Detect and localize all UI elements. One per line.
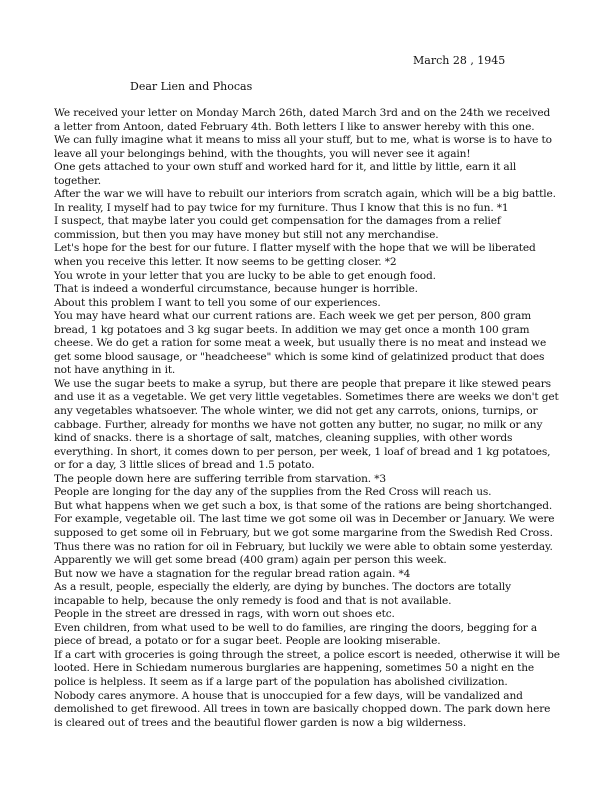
- body-line: is cleared out of trees and the beautifu…: [54, 717, 612, 731]
- body-line: We received your letter on Monday March …: [54, 107, 612, 121]
- body-line: bread, 1 kg potatoes and 3 kg sugar beet…: [54, 324, 612, 338]
- body-line: not have anything in it.: [54, 364, 612, 378]
- body-line: commission, but then you may have money …: [54, 229, 612, 243]
- body-line: We can fully imagine what it means to mi…: [54, 134, 612, 148]
- body-line: demolished to get firewood. All trees in…: [54, 703, 612, 717]
- body-line: supposed to get some oil in February, bu…: [54, 527, 612, 541]
- body-line: or for a day, 3 little slices of bread a…: [54, 459, 612, 473]
- body-line: kind of snacks. there is a shortage of s…: [54, 432, 612, 446]
- body-line: About this problem I want to tell you so…: [54, 297, 612, 311]
- letter-body: We received your letter on Monday March …: [54, 107, 612, 730]
- body-line: any vegetables whatsoever. The whole win…: [54, 405, 612, 419]
- body-line: We use the sugar beets to make a syrup, …: [54, 378, 612, 392]
- body-line: Let's hope for the best for our future. …: [54, 242, 612, 256]
- body-line: In reality, I myself had to pay twice fo…: [54, 202, 612, 216]
- body-line: As a result, people, especially the elde…: [54, 581, 612, 595]
- body-line: You wrote in your letter that you are lu…: [54, 270, 612, 284]
- letter-salutation: Dear Lien and Phocas: [130, 80, 252, 93]
- body-line: police is helpless. It seem as if a larg…: [54, 676, 612, 690]
- body-line: But now we have a stagnation for the reg…: [54, 568, 612, 582]
- body-line: But what happens when we get such a box,…: [54, 500, 612, 514]
- body-line: everything. In short, it comes down to p…: [54, 446, 612, 460]
- body-line: incapable to help, because the only reme…: [54, 595, 612, 609]
- body-line: piece of bread, a potato or for a sugar …: [54, 635, 612, 649]
- body-line: leave all your belongings behind, with t…: [54, 148, 612, 162]
- body-line: People in the street are dressed in rags…: [54, 608, 612, 622]
- body-line: when you receive this letter. It now see…: [54, 256, 612, 270]
- body-line: Thus there was no ration for oil in Febr…: [54, 541, 612, 555]
- body-line: Even children, from what used to be well…: [54, 622, 612, 636]
- body-line: Apparently we will get some bread (400 g…: [54, 554, 612, 568]
- letter-date: March 28 , 1945: [413, 54, 505, 67]
- body-line: The people down here are suffering terri…: [54, 473, 612, 487]
- body-line: For example, vegetable oil. The last tim…: [54, 513, 612, 527]
- body-line: You may have heard what our current rati…: [54, 310, 612, 324]
- body-line: a letter from Antoon, dated February 4th…: [54, 121, 612, 135]
- body-line: If a cart with groceries is going throug…: [54, 649, 612, 663]
- body-line: One gets attached to your own stuff and …: [54, 161, 612, 175]
- body-line: and use it as a vegetable. We get very l…: [54, 391, 612, 405]
- body-line: I suspect, that maybe later you could ge…: [54, 215, 612, 229]
- body-line: Nobody cares anymore. A house that is un…: [54, 690, 612, 704]
- body-line: cheese. We do get a ration for some meat…: [54, 337, 612, 351]
- body-line: together.: [54, 175, 612, 189]
- body-line: get some blood sausage, or "headcheese" …: [54, 351, 612, 365]
- body-line: looted. Here in Schiedam numerous burgla…: [54, 662, 612, 676]
- body-line: People are longing for the day any of th…: [54, 486, 612, 500]
- body-line: After the war we will have to rebuilt ou…: [54, 188, 612, 202]
- body-line: cabbage. Further, already for months we …: [54, 419, 612, 433]
- body-line: That is indeed a wonderful circumstance,…: [54, 283, 612, 297]
